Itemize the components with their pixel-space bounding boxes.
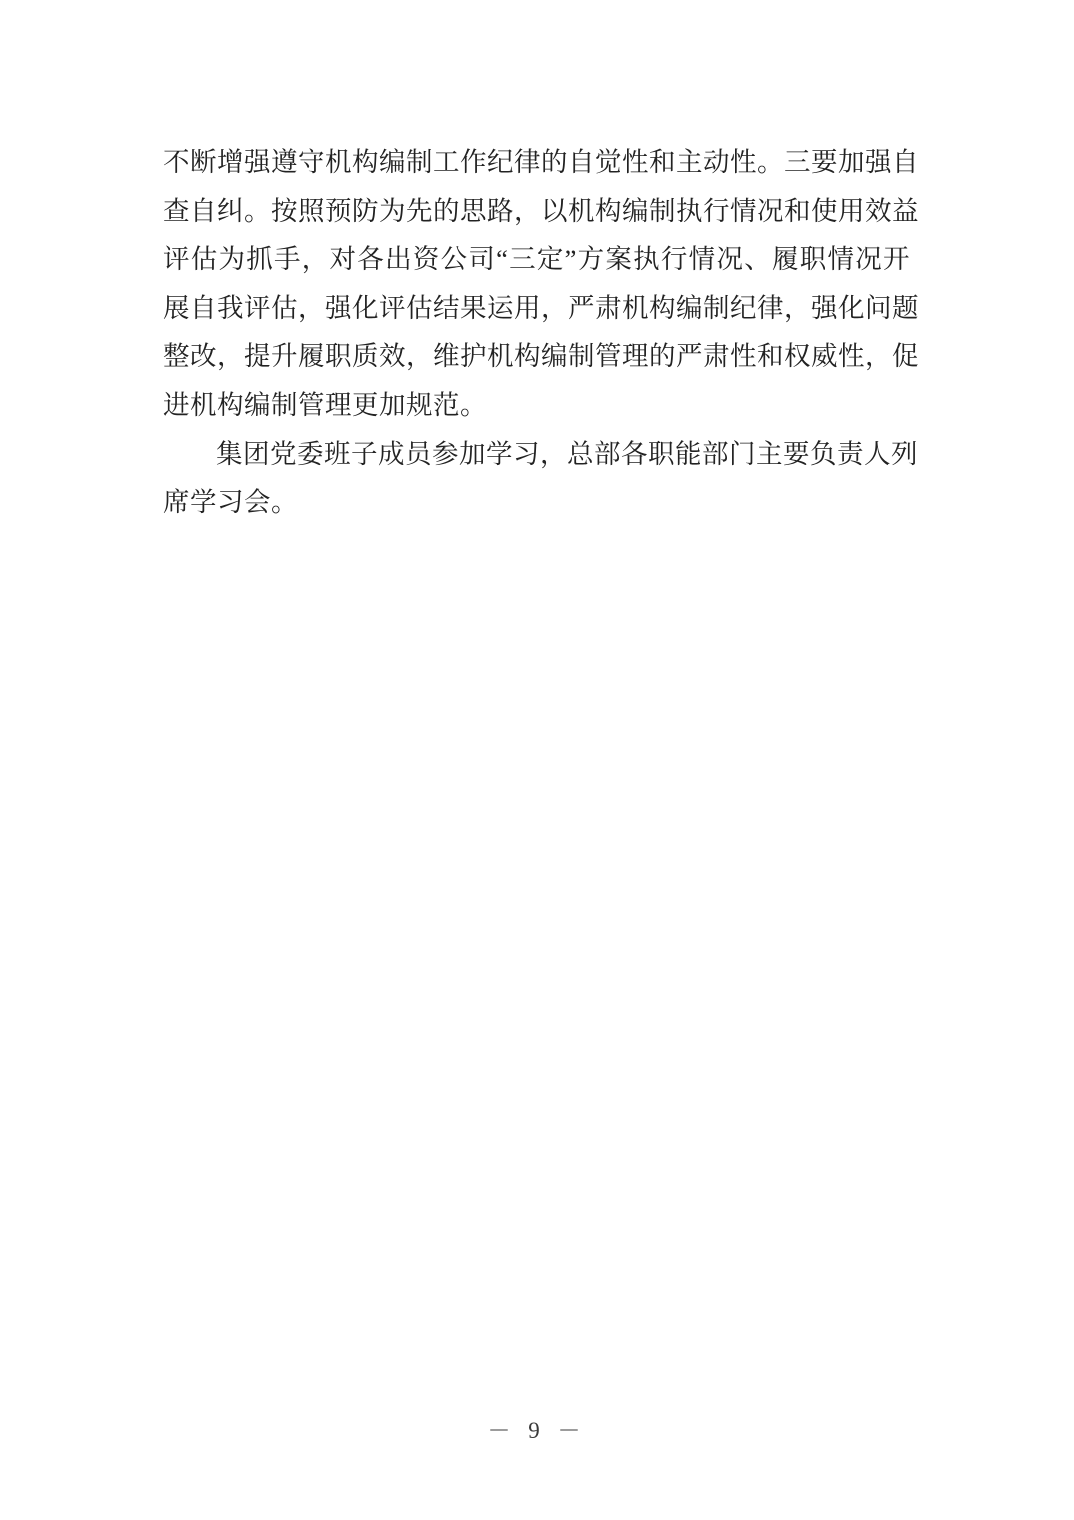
text-line: 展自我评估，强化评估结果运用，严肃机构编制纪律，强化问题 <box>163 284 910 333</box>
text-line: 不断增强遵守机构编制工作纪律的自觉性和主动性。三要加强自 <box>163 138 910 187</box>
text-line: 查自纠。按照预防为先的思路，以机构编制执行情况和使用效益 <box>163 187 910 236</box>
text-line: 席学习会。 <box>163 478 910 527</box>
text-line: 整改，提升履职质效，维护机构编制管理的严肃性和权威性，促 <box>163 332 910 381</box>
paragraph: 集团党委班子成员参加学习，总部各职能部门主要负责人列 席学习会。 <box>163 430 910 527</box>
paragraph: 不断增强遵守机构编制工作纪律的自觉性和主动性。三要加强自 查自纠。按照预防为先的… <box>163 138 910 430</box>
page-number: － 9 － <box>0 1412 1074 1445</box>
text-line: 评估为抓手，对各出资公司“三定”方案执行情况、履职情况开 <box>163 235 910 284</box>
body-text: 不断增强遵守机构编制工作纪律的自觉性和主动性。三要加强自 查自纠。按照预防为先的… <box>163 138 910 527</box>
text-line: 进机构编制管理更加规范。 <box>163 381 910 430</box>
document-page: 不断增强遵守机构编制工作纪律的自觉性和主动性。三要加强自 查自纠。按照预防为先的… <box>0 0 1074 1520</box>
text-line: 集团党委班子成员参加学习，总部各职能部门主要负责人列 <box>163 430 910 479</box>
